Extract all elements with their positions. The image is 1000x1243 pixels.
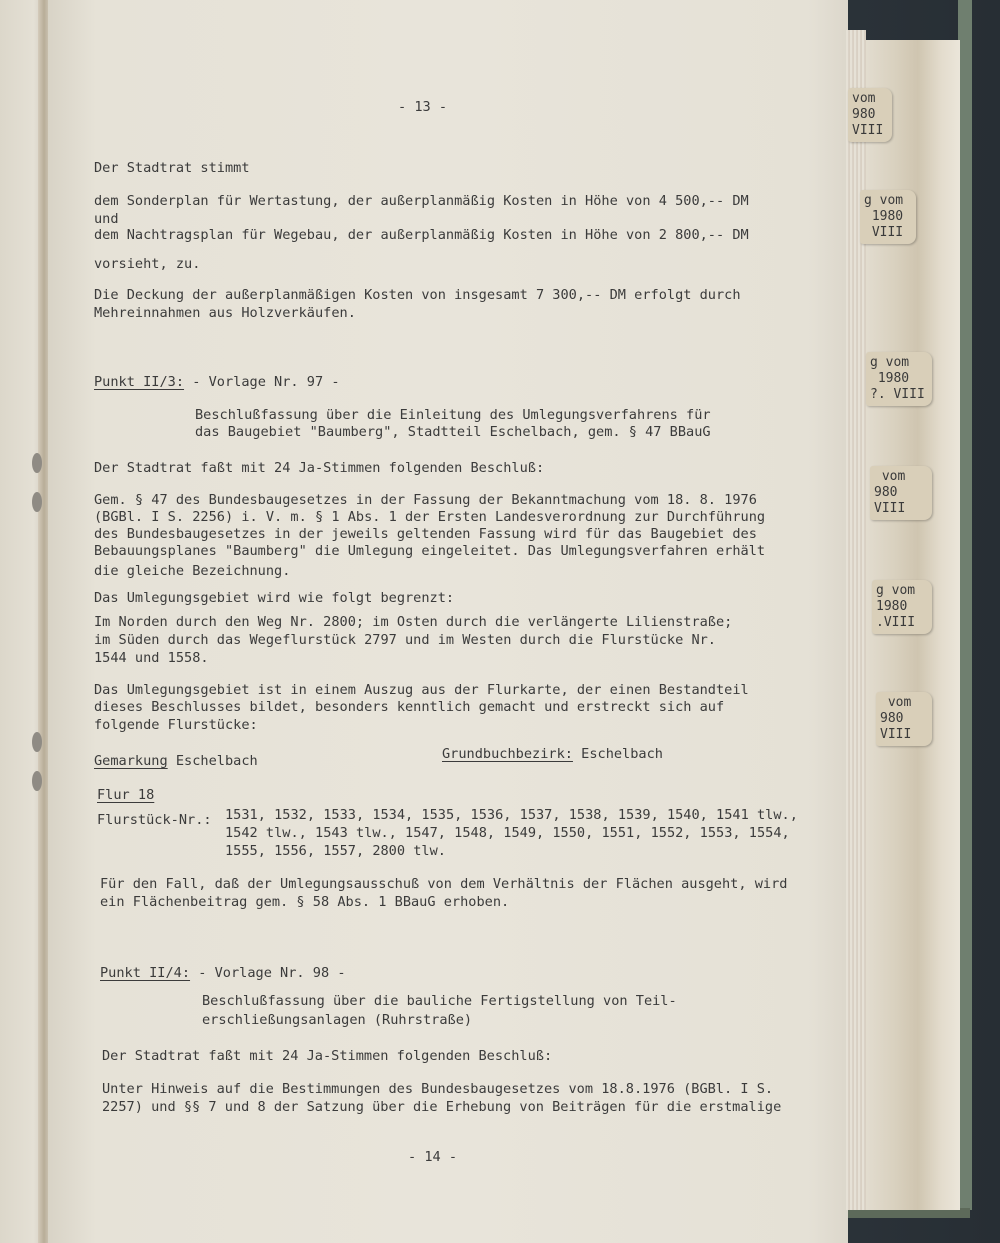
gemarkung: Gemarkung Eschelbach	[94, 753, 258, 771]
flurstueck-list: 1555, 1556, 1557, 2800 tlw.	[225, 843, 446, 861]
index-tab[interactable]: vom 980 VIII	[876, 692, 932, 746]
resolution-text: des Bundesbaugesetzes in der jeweils gel…	[94, 526, 757, 544]
vote-text: Der Stadtrat faßt mit 24 Ja-Stimmen folg…	[102, 1048, 552, 1066]
resolution-text: 2257) und §§ 7 und 8 der Satzung über di…	[102, 1099, 781, 1117]
gemarkung-value: Eschelbach	[168, 753, 258, 769]
agenda-item-heading: Punkt II/4: - Vorlage Nr. 98 -	[100, 965, 346, 983]
agenda-item-label: Punkt II/4:	[100, 965, 190, 981]
coverage-text: Mehreinnahmen aus Holzverkäufen.	[94, 305, 356, 323]
binder-hole	[32, 732, 42, 752]
agenda-subject: Beschlußfassung über die bauliche Fertig…	[202, 993, 677, 1011]
resolution-text: Unter Hinweis auf die Bestimmungen des B…	[102, 1081, 773, 1099]
extract-text: dieses Beschlusses bildet, besonders ken…	[94, 699, 724, 717]
agenda-item-label: Punkt II/3:	[94, 374, 184, 390]
coverage-text: Die Deckung der außerplanmäßigen Kosten …	[94, 287, 741, 305]
extract-text: folgende Flurstücke:	[94, 717, 258, 735]
grundbuchbezirk: Grundbuchbezirk: Eschelbach	[442, 746, 663, 764]
index-tab[interactable]: vom 980 VIII	[870, 466, 932, 520]
resolution-text: Gem. § 47 des Bundesbaugesetzes in der F…	[94, 492, 757, 510]
index-tab[interactable]: g vom 1980 .VIII	[872, 580, 932, 634]
agenda-item-vorlage: - Vorlage Nr. 98 -	[190, 965, 346, 981]
extract-text: Das Umlegungsgebiet ist in einem Auszug …	[94, 682, 749, 700]
vote-text: Der Stadtrat faßt mit 24 Ja-Stimmen folg…	[94, 460, 544, 478]
flur-heading: Flur 18	[97, 787, 154, 805]
page-number-top: - 13 -	[398, 99, 447, 117]
intro-item: dem Nachtragsplan für Wegebau, der außer…	[94, 227, 749, 245]
flurstueck-list: 1531, 1532, 1533, 1534, 1535, 1536, 1537…	[225, 807, 798, 825]
index-tab[interactable]: g vom 1980 ?. VIII	[866, 352, 932, 406]
agenda-subject: erschließungsanlagen (Ruhrstraße)	[202, 1012, 472, 1030]
flurstueck-list: 1542 tlw., 1543 tlw., 1547, 1548, 1549, …	[225, 825, 790, 843]
contribution-text: Für den Fall, daß der Umlegungsausschuß …	[100, 876, 787, 894]
boundary-text: 1544 und 1558.	[94, 650, 209, 668]
grundbuchbezirk-label: Grundbuchbezirk:	[442, 746, 573, 762]
agenda-item-vorlage: - Vorlage Nr. 97 -	[184, 374, 340, 390]
binder-hole	[32, 771, 42, 791]
boundary-intro: Das Umlegungsgebiet wird wie folgt begre…	[94, 590, 454, 608]
agenda-subject: das Baugebiet "Baumberg", Stadtteil Esch…	[195, 424, 711, 442]
binder-spine-edge	[958, 0, 972, 1210]
page-number-bottom: - 14 -	[408, 1149, 457, 1167]
boundary-text: Im Norden durch den Weg Nr. 2800; im Ost…	[94, 614, 732, 632]
intro-and: und	[94, 211, 119, 229]
gemarkung-label: Gemarkung	[94, 753, 168, 769]
contribution-text: ein Flächenbeitrag gem. § 58 Abs. 1 BBau…	[100, 894, 509, 912]
boundary-text: im Süden durch das Wegeflurstück 2797 un…	[94, 632, 716, 650]
intro-line: Der Stadtrat stimmt	[94, 160, 250, 178]
index-tab[interactable]: vom 980 VIII	[848, 88, 892, 142]
intro-item: dem Sonderplan für Wertastung, der außer…	[94, 193, 749, 211]
grundbuchbezirk-value: Eschelbach	[573, 746, 663, 762]
resolution-text: (BGBl. I S. 2256) i. V. m. § 1 Abs. 1 de…	[94, 509, 765, 527]
flurstueck-label: Flurstück-Nr.:	[97, 812, 212, 830]
binder-hole	[32, 453, 42, 473]
index-tab[interactable]: g vom 1980 VIII	[860, 190, 916, 244]
intro-closing: vorsieht, zu.	[94, 256, 200, 274]
resolution-text: Bebauungsplanes "Baumberg" die Umlegung …	[94, 543, 765, 561]
binder-hole	[32, 492, 42, 512]
agenda-item-heading: Punkt II/3: - Vorlage Nr. 97 -	[94, 374, 340, 392]
resolution-text: die gleiche Bezeichnung.	[94, 563, 290, 581]
agenda-subject: Beschlußfassung über die Einleitung des …	[195, 407, 711, 425]
